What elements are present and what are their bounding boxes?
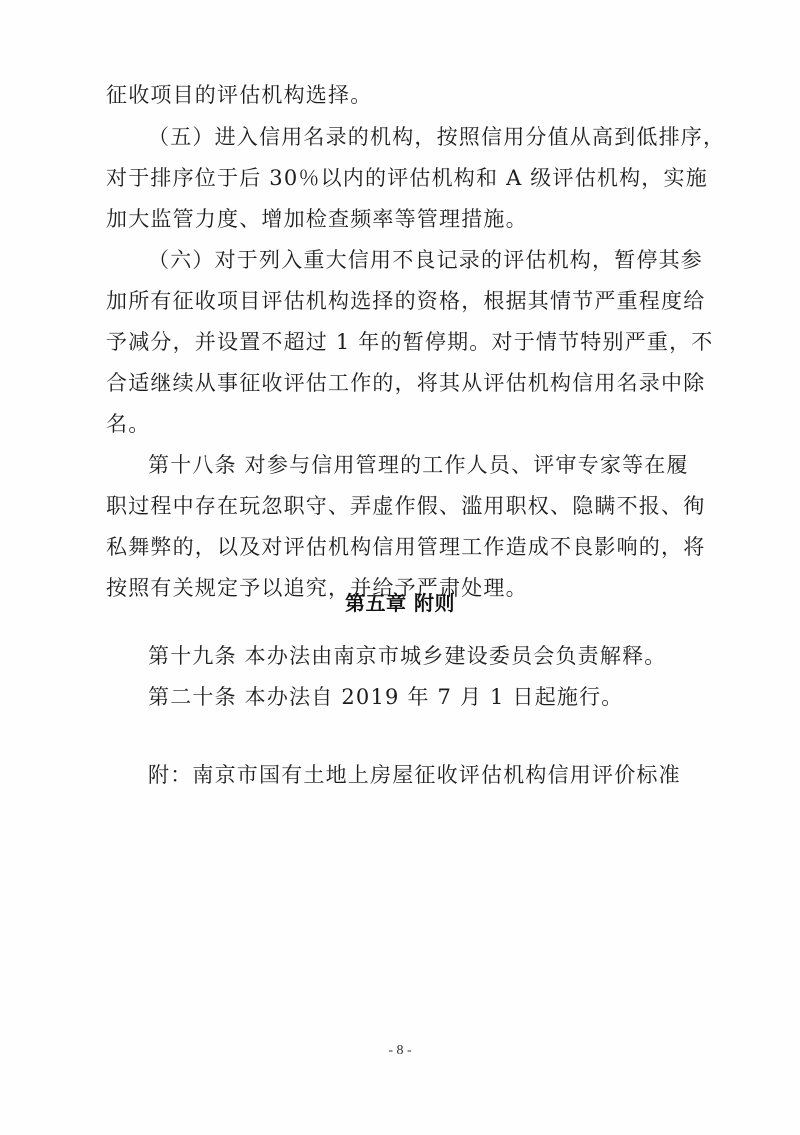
text-line: 予减分，并设置不超过 1 年的暂停期。对于情节特别严重，不 [106, 327, 714, 357]
text-line: （六）对于列入重大信用不良记录的评估机构，暂停其参 [148, 245, 703, 275]
chapter-heading: 第五章 附则 [0, 588, 800, 618]
text-line: 征收项目的评估机构选择。 [106, 80, 372, 110]
text-line: 合适继续从事征收评估工作的，将其从评估机构信用名录中除 [106, 368, 705, 398]
text-line: 第十八条 对参与信用管理的工作人员、评审专家等在履 [148, 450, 689, 480]
text-line: 加所有征收项目评估机构选择的资格，根据其情节严重程度给 [106, 286, 705, 316]
attachment-line: 附：南京市国有土地上房屋征收评估机构信用评价标准 [148, 760, 681, 790]
text-line: 职过程中存在玩忽职守、弄虚作假、滥用职权、隐瞒不报、徇 [106, 491, 705, 521]
article-line: 第二十条 本办法自 2019 年 7 月 1 日起施行。 [148, 682, 624, 712]
text-line: 对于排序位于后 30％以内的评估机构和 A 级评估机构，实施 [106, 163, 708, 193]
page-number: - 8 - [0, 1043, 800, 1059]
text-line: 加大监管力度、增加检查频率等管理措施。 [106, 204, 528, 234]
text-line: （五）进入信用名录的机构，按照信用分值从高到低排序， [148, 122, 725, 152]
text-line: 私舞弊的，以及对评估机构信用管理工作造成不良影响的，将 [106, 532, 705, 562]
text-line: 名。 [106, 409, 150, 439]
article-line: 第十九条 本办法由南京市城乡建设委员会负责解释。 [148, 641, 666, 671]
document-page: 征收项目的评估机构选择。 （五）进入信用名录的机构，按照信用分值从高到低排序， … [0, 0, 800, 1135]
